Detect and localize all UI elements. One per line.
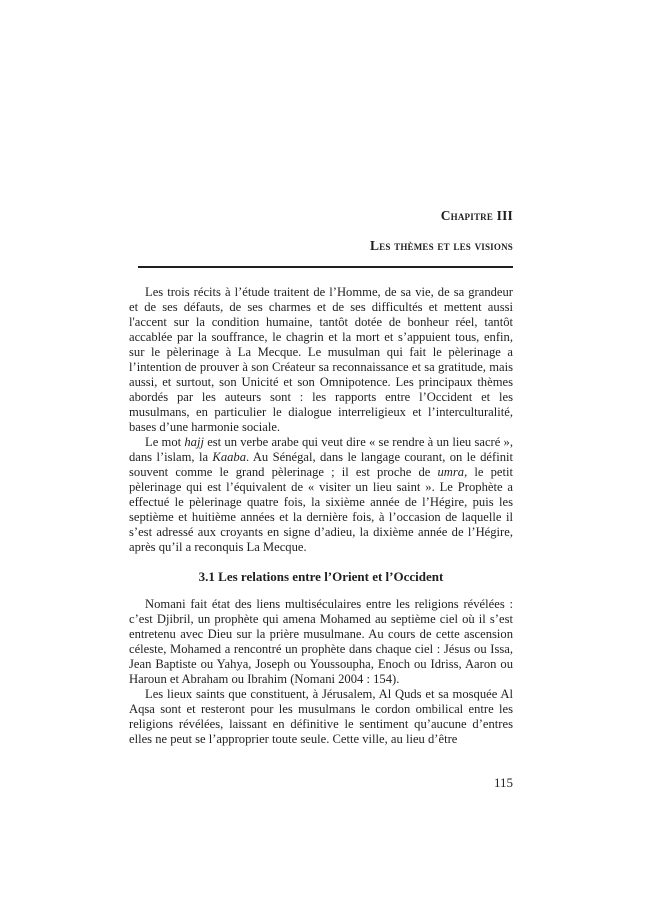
text-block: Chapitre III Les thèmes et les visions L… [129, 209, 513, 747]
document-page: Chapitre III Les thèmes et les visions L… [0, 0, 650, 920]
text-segment: Les trois récits à l’étude traitent de l… [129, 285, 513, 434]
italic-term: umra [438, 465, 465, 479]
paragraph: Le mot hajj est un verbe arabe qui veut … [129, 435, 513, 555]
paragraph: Les lieux saints que constituent, à Jéru… [129, 687, 513, 747]
chapter-number: Chapitre III [129, 209, 513, 223]
text-segment: Les lieux saints que constituent, à Jéru… [129, 687, 513, 746]
chapter-title: Les thèmes et les visions [129, 239, 513, 253]
paragraph: Les trois récits à l’étude traitent de l… [129, 285, 513, 435]
section-heading: 3.1 Les relations entre l’Orient et l’Oc… [129, 569, 513, 584]
paragraph: Nomani fait état des liens multiséculair… [129, 597, 513, 687]
text-segment: Le mot [145, 435, 184, 449]
italic-term: hajj [184, 435, 204, 449]
page-number: 115 [494, 775, 513, 790]
header-rule [138, 266, 513, 268]
text-segment: Nomani fait état des liens multiséculair… [129, 597, 513, 686]
italic-term: Kaaba [212, 450, 246, 464]
page-content: Les trois récits à l’étude traitent de l… [129, 285, 513, 747]
